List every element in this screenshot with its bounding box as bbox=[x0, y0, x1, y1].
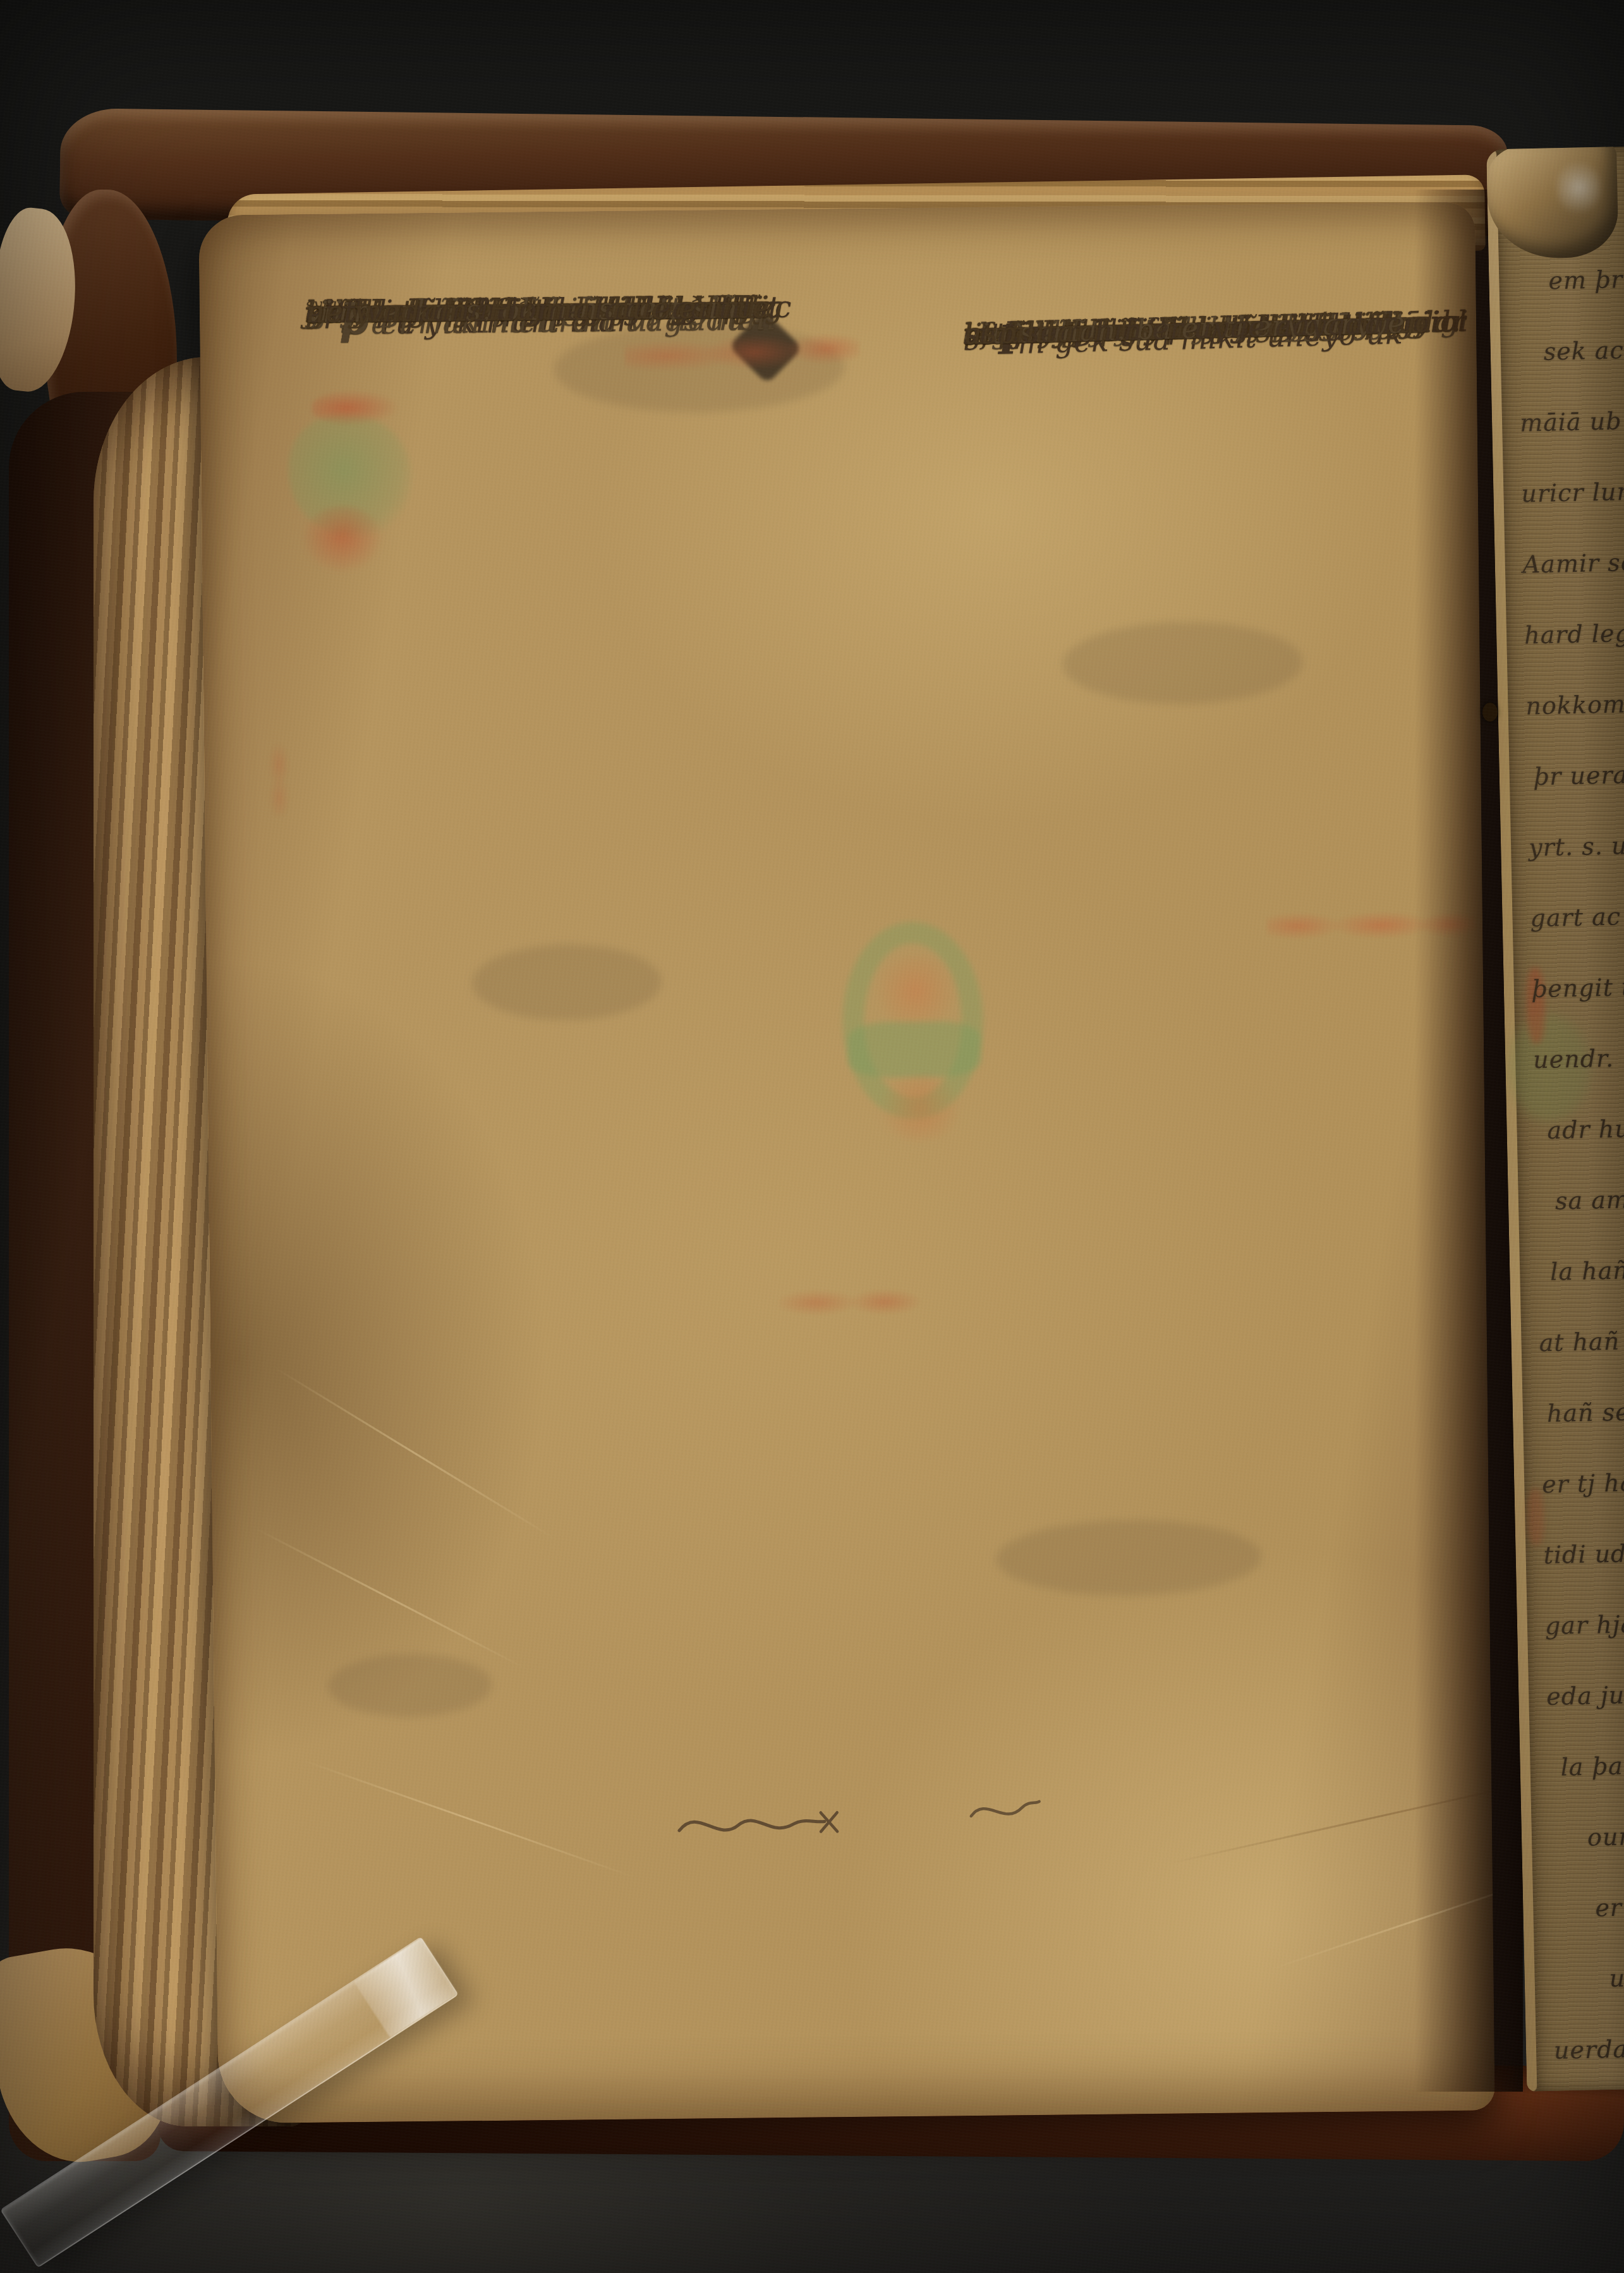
text-column-left: skal v m all yial meli ak yullrectis ord… bbox=[306, 288, 950, 295]
manuscript-line: gart ac bbox=[1530, 902, 1624, 975]
manuscript-page: skal v m all yial meli ak yullrectis ord… bbox=[198, 202, 1495, 2124]
manuscript-line: yrt. s. ui bbox=[1529, 831, 1624, 904]
manuscript-line: ud bbox=[1552, 1963, 1624, 2037]
manuscript-line: er m bbox=[1551, 1893, 1624, 1966]
faded-initial-center-green-bar bbox=[848, 1021, 981, 1078]
show-through-ghost bbox=[996, 1518, 1262, 1597]
manuscript-line: oum bbox=[1549, 1822, 1624, 1895]
next-page-crumpled-corner bbox=[1486, 147, 1619, 260]
manuscript-line: uspilltar. bbox=[963, 314, 1097, 376]
manuscript-line: gar hjā bbox=[1545, 1609, 1624, 1683]
pen-flourish bbox=[676, 1796, 847, 1848]
manuscript-line: sek ac bbox=[1518, 336, 1624, 409]
manuscript-photo: skal v m all yial meli ak yullrectis ord… bbox=[0, 0, 1624, 2273]
manuscript-line: nokkom bbox=[1525, 689, 1624, 763]
manuscript-line: māiā ub bbox=[1520, 406, 1624, 480]
faded-initial-center-orange bbox=[876, 1074, 964, 1141]
manuscript-line: sa ame bbox=[1536, 1185, 1624, 1258]
manuscript-line: uerda f bbox=[1554, 2034, 1624, 2092]
manuscript-line: tidi ud bbox=[1543, 1539, 1624, 1612]
manuscript-line: at hañ s bbox=[1539, 1326, 1624, 1400]
parchment-crease bbox=[255, 1527, 525, 1669]
faded-rubric-red bbox=[312, 390, 397, 425]
manuscript-line: eda juem bbox=[1546, 1680, 1624, 1754]
wormhole bbox=[1482, 703, 1498, 722]
manuscript-line: hañ ser bbox=[1541, 1397, 1624, 1470]
manuscript-line: adr hu bbox=[1534, 1114, 1624, 1187]
manuscript-line: þr uera ha bbox=[1527, 760, 1624, 833]
manuscript-line: er tj haull bbox=[1542, 1468, 1624, 1541]
manuscript-line: la hañ bbox=[1537, 1256, 1624, 1329]
show-through-ghost bbox=[1062, 621, 1303, 705]
manuscript-line: hard legg bbox=[1524, 619, 1624, 692]
parchment-crease bbox=[273, 1366, 554, 1539]
text-column-right: melir uid annan sua at hanomharþir til n… bbox=[963, 304, 1476, 317]
faded-rubric-red bbox=[265, 743, 293, 816]
pen-flourish bbox=[967, 1790, 1043, 1829]
manuscript-line: þengit te bbox=[1531, 973, 1624, 1046]
manuscript-line: em þr bbox=[1517, 265, 1624, 338]
manuscript-line: la þa e bbox=[1548, 1751, 1624, 1824]
next-page-text-column: em þrsek acmāiā uburicr lunAamir sehard … bbox=[1517, 265, 1624, 2091]
faded-rubric-red bbox=[779, 1281, 931, 1324]
parchment-crease bbox=[301, 1759, 635, 1878]
faded-rubric-red bbox=[303, 506, 382, 573]
manuscript-line: uendr. bbox=[1533, 1043, 1624, 1117]
show-through-ghost bbox=[471, 943, 662, 1021]
manuscript-line: Aamir se bbox=[1522, 548, 1624, 621]
manuscript-line: ne yindam. Hu mal hūc er rū bbox=[306, 290, 757, 354]
manuscript-line: uricr lun bbox=[1521, 477, 1624, 550]
show-through-ghost bbox=[327, 1653, 492, 1718]
